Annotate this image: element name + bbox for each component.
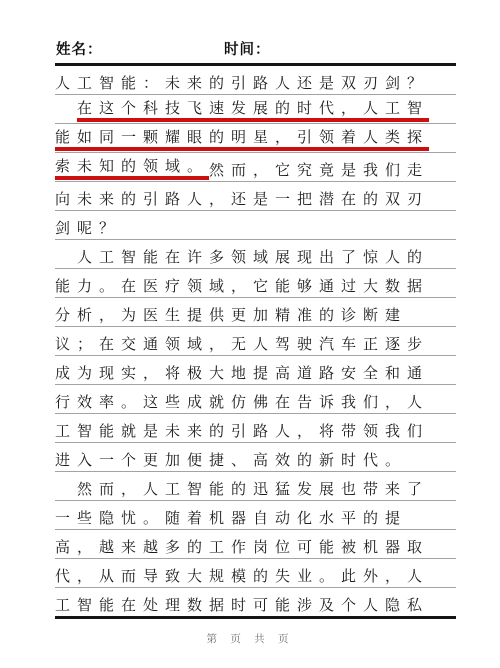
- time-label: 时间：: [224, 42, 271, 58]
- worksheet-page: 姓名： 时间： 人工智能：未来的引路人还是双刃剑？在这个科技飞速发展的时代，人工…: [0, 0, 500, 668]
- handwritten-text: 代，从而导致大规模的失业。此外，人: [55, 569, 429, 584]
- page-footer: 第 页 共 页: [0, 631, 500, 646]
- text-line: 一些隐忧。随着机器自动化水平的提: [55, 501, 456, 530]
- handwritten-text: 高，越来越多的工作岗位可能被机器取: [55, 540, 429, 555]
- text-line: 向未来的引路人，还是一把潜在的双刃: [55, 182, 456, 211]
- handwritten-text: 行效率。这些成就仿佛在告诉我们，人: [55, 395, 429, 410]
- handwritten-text: 一些隐忧。随着机器自动化水平的提: [55, 511, 407, 526]
- text-line: 高，越来越多的工作岗位可能被机器取: [55, 530, 456, 559]
- essay-title-line: 人工智能：未来的引路人还是双刃剑？: [55, 66, 456, 95]
- paragraph-indent: [55, 264, 77, 265]
- text-line: 在这个科技飞速发展的时代，人工智: [55, 95, 456, 124]
- name-label: 姓名：: [56, 42, 103, 58]
- handwritten-text: 议；在交通领域，无人驾驶汽车正逐步: [55, 337, 429, 352]
- text-line: 进入一个更加便捷、高效的新时代。: [55, 443, 456, 472]
- writing-area: 人工智能：未来的引路人还是双刃剑？在这个科技飞速发展的时代，人工智能如同一颗耀眼…: [55, 66, 456, 619]
- text-line: 分析，为医生提供更加精准的诊断建: [55, 298, 456, 327]
- sheet-header: 姓名： 时间：: [56, 38, 456, 59]
- handwritten-text: 工智能在处理数据时可能涉及个人隐私: [55, 598, 429, 613]
- handwritten-text: 然而，人工智能的迅猛发展也带来了: [77, 482, 429, 497]
- text-line: 成为现实，将极大地提高道路安全和通: [55, 356, 456, 385]
- text-line: 行效率。这些成就仿佛在告诉我们，人: [55, 385, 456, 414]
- time-field-block: 时间：: [224, 38, 271, 59]
- handwritten-text: 工智能就是未来的引路人，将带领我们: [55, 424, 429, 439]
- handwritten-text: 成为现实，将极大地提高道路安全和通: [55, 366, 429, 381]
- handwritten-text: 人工智能：未来的引路人还是双刃剑？: [55, 76, 429, 91]
- text-line: 剑呢？: [55, 211, 456, 240]
- handwritten-text-red-underlined: 在这个科技飞速发展的时代，人工智: [77, 101, 429, 122]
- handwritten-text-red-underlined: 索未知的领域。: [55, 159, 209, 180]
- paragraph-indent: [55, 496, 77, 497]
- text-line: 能力。在医疗领域，它能够通过大数据: [55, 269, 456, 298]
- handwritten-text: 人工智能在许多领域展现出了惊人的: [77, 250, 429, 265]
- text-line: 工智能就是未来的引路人，将带领我们: [55, 414, 456, 443]
- handwritten-text: 向未来的引路人，还是一把潜在的双刃: [55, 192, 429, 207]
- text-line: 代，从而导致大规模的失业。此外，人: [55, 559, 456, 588]
- text-line: 能如同一颗耀眼的明星，引领着人类探: [55, 124, 456, 153]
- text-line: 索未知的领域。然而，它究竟是我们走: [55, 153, 456, 182]
- name-field-block: 姓名：: [56, 38, 224, 59]
- handwritten-text: 能力。在医疗领域，它能够通过大数据: [55, 279, 429, 294]
- handwritten-text: 进入一个更加便捷、高效的新时代。: [55, 453, 407, 468]
- text-line: 然而，人工智能的迅猛发展也带来了: [55, 472, 456, 501]
- paragraph-indent: [55, 119, 77, 120]
- handwritten-text: 剑呢？: [55, 221, 121, 236]
- handwritten-text-red-underlined: 能如同一颗耀眼的明星，引领着人类探: [55, 130, 429, 151]
- text-line: 人工智能在许多领域展现出了惊人的: [55, 240, 456, 269]
- handwritten-text: 分析，为医生提供更加精准的诊断建: [55, 308, 407, 323]
- text-line: 议；在交通领域，无人驾驶汽车正逐步: [55, 327, 456, 356]
- handwritten-text: 然而，它究竟是我们走: [209, 163, 429, 178]
- text-line: 工智能在处理数据时可能涉及个人隐私: [55, 588, 456, 616]
